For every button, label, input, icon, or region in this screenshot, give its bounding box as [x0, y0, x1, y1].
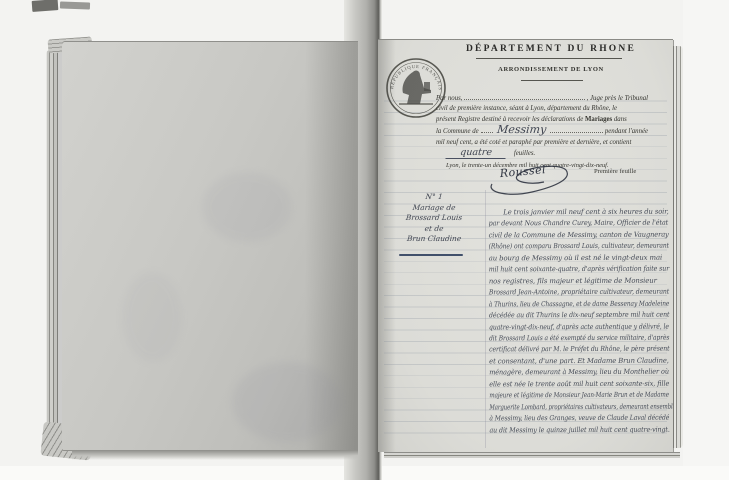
left-page-bottom-edge	[72, 450, 358, 460]
handwritten-line: dit Brossard Louis a été exempté du serv…	[489, 333, 644, 345]
preamble-line4b: pendant l'année	[605, 127, 648, 137]
margin-underline	[399, 254, 463, 256]
marriage-act-text: Le trois janvier mil neuf cent à six heu…	[489, 207, 670, 437]
handwritten-line: par devant Nous Chandre Curey, Maire, Of…	[489, 218, 656, 230]
arrondissement-subtitle: ARRONDISSEMENT DE LYON	[440, 66, 662, 73]
act-title: Mariage de	[384, 203, 483, 214]
handwritten-line: à Messimy, lieu des Granges, veuve de Cl…	[489, 413, 648, 425]
handwritten-line: quatre-vingt-dix-neuf, d'après acte auth…	[489, 321, 649, 333]
handwritten-line: civil de la Commune de Messimy, canton d…	[489, 230, 662, 242]
right-page-bottom-edge	[384, 452, 680, 461]
handwritten-line: au dit Messimy le quinze juillet mil hui…	[489, 424, 654, 436]
handwritten-line: certificat délivré par M. le Préfet du R…	[489, 344, 649, 356]
handwritten-line: elle est née le trente août mil huit cen…	[489, 378, 659, 390]
dotted-blank	[481, 125, 493, 133]
page-edge-shadow	[32, 0, 59, 12]
scanned-register-page: DÉPARTEMENT DU RHONE ARRONDISSEMENT DE L…	[0, 0, 729, 480]
handwritten-line: Marguerite Lombard, propriétaires cultiv…	[489, 401, 629, 413]
handwritten-line: à Thurins, lieu de Chassagne, et de dame…	[489, 298, 642, 310]
preamble-intro-suffix: , Juge près le Tribunal	[587, 94, 648, 104]
judge-signature: Roussel	[484, 158, 582, 200]
preamble-intro: Par nous,	[436, 94, 462, 104]
department-title: DÉPARTEMENT DU RHONE	[440, 44, 662, 54]
handwritten-line: au bourg de Messimy où il est né le ving…	[489, 252, 669, 264]
scanner-bed	[683, 0, 729, 480]
handwritten-line: Le trois janvier mil neuf cent à six heu…	[489, 207, 666, 219]
register-type-label: Mariages	[585, 115, 612, 125]
handwritten-line: mil huit cent soixante-quatre, d'après v…	[489, 264, 653, 276]
margin-rule	[485, 190, 486, 448]
commune-name-handwritten: Messimy	[496, 125, 546, 135]
groom-name: Brossard Louis	[384, 213, 483, 224]
act-number: N° 1	[384, 192, 483, 203]
sheet-number-label: Première feuille	[594, 168, 636, 175]
right-register-page: DÉPARTEMENT DU RHONE ARRONDISSEMENT DE L…	[378, 40, 673, 452]
handwritten-line: (Rhône) ont comparu Brossard Louis, cult…	[489, 241, 646, 253]
margin-annotation: N° 1 Mariage de Brossard Louis et de Bru…	[385, 192, 483, 245]
handwritten-line: nos registres, fils majeur et légitime d…	[489, 275, 669, 287]
title-rule	[476, 58, 622, 59]
preamble-line2: civil de première instance, séant à Lyon…	[436, 104, 617, 114]
handwritten-line: ménagère, demeurant à Messimy, lieu du M…	[489, 367, 659, 379]
handwritten-line: Brossard Jean-Antoine, propriétaire cult…	[489, 287, 650, 299]
bride-name: Brun Claudine	[384, 234, 483, 245]
handwritten-line: et consentant, d'une part. Et Madame Bru…	[489, 356, 666, 368]
conjunction: et de	[384, 224, 483, 235]
page-stack-left-edge	[46, 50, 62, 442]
handwritten-line: décédée au dit Thurins le dix-neuf septe…	[489, 310, 652, 322]
preamble-line4a: la Commune de	[436, 127, 479, 137]
dotted-blank	[464, 92, 584, 100]
left-blank-page	[62, 42, 358, 450]
dotted-blank	[550, 125, 603, 133]
subtitle-rule	[521, 80, 583, 81]
preamble-line3b: dans	[614, 115, 627, 125]
page-edge-shadow	[60, 1, 90, 9]
handwritten-line: majeure et légitime de Monsieur Jean-Mar…	[489, 390, 636, 402]
page-stack-right-edge	[673, 46, 683, 448]
